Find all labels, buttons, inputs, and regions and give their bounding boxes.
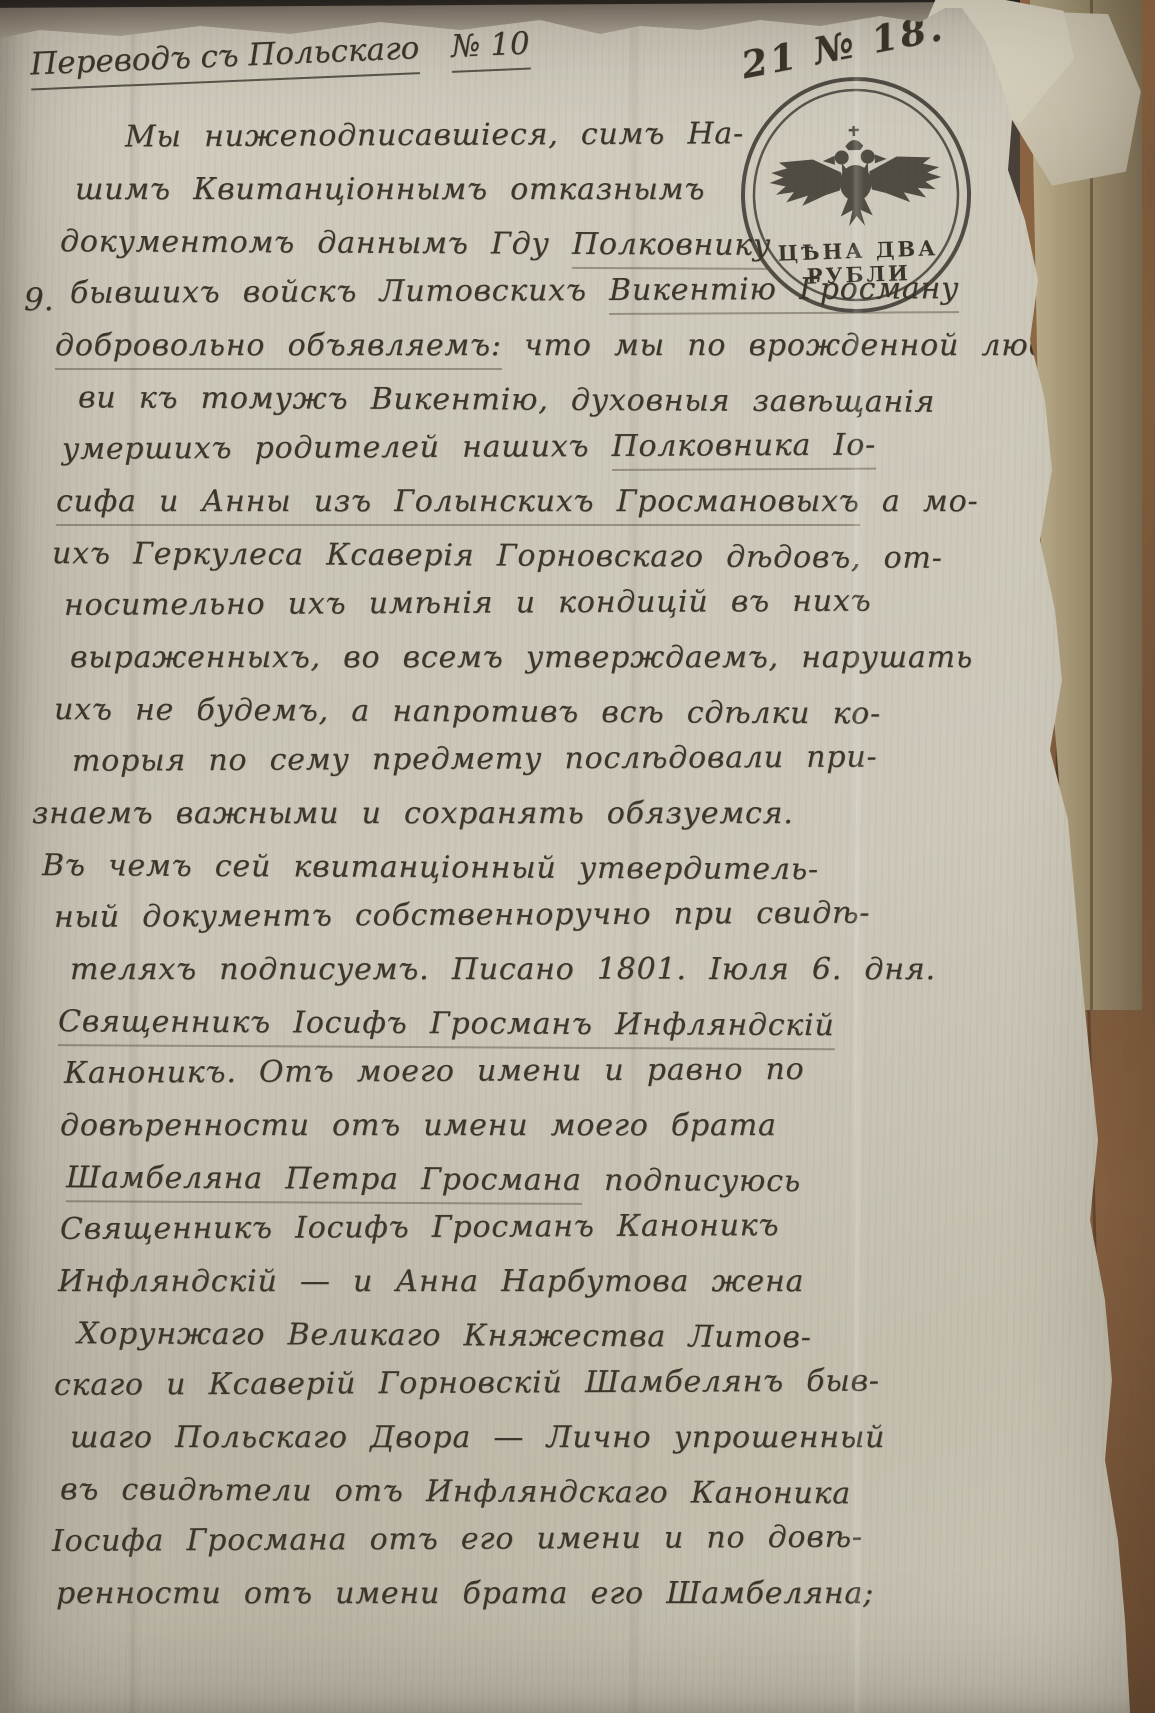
text-segment: ренности отъ имени брата его Шамбеляна; — [56, 1576, 874, 1611]
manuscript-line: Мы нижеподписавшіеся, симъ На- — [30, 114, 1099, 172]
manuscript-line: Священникъ Іосифъ Гросманъ Каноникъ — [30, 1206, 1099, 1264]
text-segment: носительно ихъ имѣнія и кондицій въ нихъ — [64, 584, 872, 623]
manuscript-line: Іосифа Гросмана отъ его имени и по довѣ- — [30, 1518, 1099, 1576]
text-segment: ви къ томужъ Викентію, духовныя завѣщані… — [78, 380, 935, 419]
manuscript-line: умершихъ родителей нашихъ Полковника Іо- — [30, 426, 1099, 484]
text-segment: шимъ Квитанціоннымъ отказнымъ — [75, 172, 705, 207]
manuscript-line: сифа и Анны изъ Голынскихъ Гросмановыхъ … — [30, 484, 1099, 536]
text-segment: ихъ не будемъ, а напротивъ всѣ сдѣлки ко… — [54, 692, 881, 731]
manuscript-line: теляхъ подписуемъ. Писано 1801. Іюля 6. … — [30, 952, 1099, 1004]
manuscript-line: добровольно объявляемъ: что мы по врожде… — [30, 328, 1099, 380]
manuscript-line: ренности отъ имени брата его Шамбеляна; — [30, 1576, 1099, 1628]
underlined-text-segment: Полковника Іо- — [611, 428, 876, 471]
text-segment: что мы по врожденной люб- — [502, 328, 1059, 363]
text-segment: Въ чемъ сей квитанціонный утвердитель- — [42, 848, 819, 887]
header-title: Переводъ съ Польскаго — [29, 30, 420, 90]
manuscript-line: выраженныхъ, во всемъ утверждаемъ, наруш… — [30, 640, 1099, 692]
text-segment: въ свидѣтели отъ Инфляндскаго Каноника — [60, 1472, 851, 1511]
header-document-number: № 10 — [450, 26, 530, 73]
underlined-text-segment: добровольно объявляемъ: — [55, 328, 502, 370]
underlined-text-segment: Священникъ Іосифъ Гросманъ Инфляндскій — [58, 1004, 835, 1050]
manuscript-line: знаемъ важными и сохранять обязуемся. — [30, 796, 1099, 848]
text-segment: бывшихъ войскъ Литовскихъ — [70, 273, 609, 311]
text-segment: документомъ даннымъ Гду — [60, 224, 572, 262]
manuscript-page: Переводъ съ Польскаго № 10 21 № 18. — [0, 0, 1155, 1713]
manuscript-line: ный документъ собственноручно при свидѣ- — [30, 894, 1099, 952]
manuscript-line: Каноникъ. Отъ моего имени и равно по — [30, 1050, 1099, 1108]
underlined-text-segment: Шамбеляна Петра Гросмана — [66, 1160, 582, 1205]
text-segment: скаго и Ксаверій Горновскій Шамбелянъ бы… — [54, 1364, 880, 1403]
text-segment: довѣренности отъ имени моего брата — [60, 1108, 777, 1143]
manuscript-line: торыя по сему предмету послѣдовали при- — [30, 738, 1099, 796]
text-segment: Инфляндскій — и Анна Нарбутова жена — [58, 1264, 804, 1299]
text-segment: выраженныхъ, во всемъ утверждаемъ, наруш… — [70, 640, 973, 675]
manuscript-line: довѣренности отъ имени моего брата — [30, 1108, 1099, 1160]
text-segment: Іосифа Гросмана отъ его имени и по довѣ- — [52, 1520, 863, 1559]
manuscript-line: скаго и Ксаверій Горновскій Шамбелянъ бы… — [30, 1362, 1099, 1420]
manuscript-line: шимъ Квитанціоннымъ отказнымъ — [30, 172, 1099, 224]
underlined-text-segment: Полковнику — [572, 227, 771, 270]
text-segment: ный документъ собственноручно при свидѣ- — [54, 896, 870, 935]
text-segment: знаемъ важными и сохранять обязуемся. — [32, 796, 794, 831]
text-segment: Каноникъ. Отъ моего имени и равно по — [64, 1052, 805, 1091]
text-segment: Мы нижеподписавшіеся, симъ На- — [125, 116, 744, 154]
manuscript-line: носительно ихъ имѣнія и кондицій въ нихъ — [30, 582, 1099, 640]
underlined-text-segment: Викентію Гросману — [609, 271, 959, 315]
text-segment: умершихъ родителей нашихъ — [62, 429, 612, 467]
text-segment: а мо- — [860, 484, 979, 519]
manuscript-line: шаго Польскаго Двора — Лично упрошенный — [30, 1420, 1099, 1472]
text-segment: торыя по сему предмету послѣдовали при- — [72, 740, 878, 779]
manuscript-lines: Мы нижеподписавшіеся, симъ На-шимъ Квита… — [30, 120, 1099, 1628]
text-segment: подписуюсь — [582, 1163, 801, 1199]
text-segment: ихъ Геркулеса Ксаверія Горновскаго дѣдов… — [52, 536, 943, 576]
text-segment: шаго Польскаго Двора — Лично упрошенный — [70, 1420, 885, 1455]
manuscript-line: Инфляндскій — и Анна Нарбутова жена — [30, 1264, 1099, 1316]
text-segment: Хорунжаго Великаго Княжества Литов- — [77, 1316, 812, 1355]
document-photo: Переводъ съ Польскаго № 10 21 № 18. — [0, 0, 1155, 1713]
text-segment: теляхъ подписуемъ. Писано 1801. Іюля 6. … — [70, 952, 936, 987]
underlined-text-segment: сифа и Анны изъ Голынскихъ Гросмановыхъ — [56, 484, 860, 526]
text-segment: Священникъ Іосифъ Гросманъ Каноникъ — [60, 1208, 779, 1247]
manuscript-line: бывшихъ войскъ Литовскихъ Викентію Гросм… — [30, 270, 1099, 328]
